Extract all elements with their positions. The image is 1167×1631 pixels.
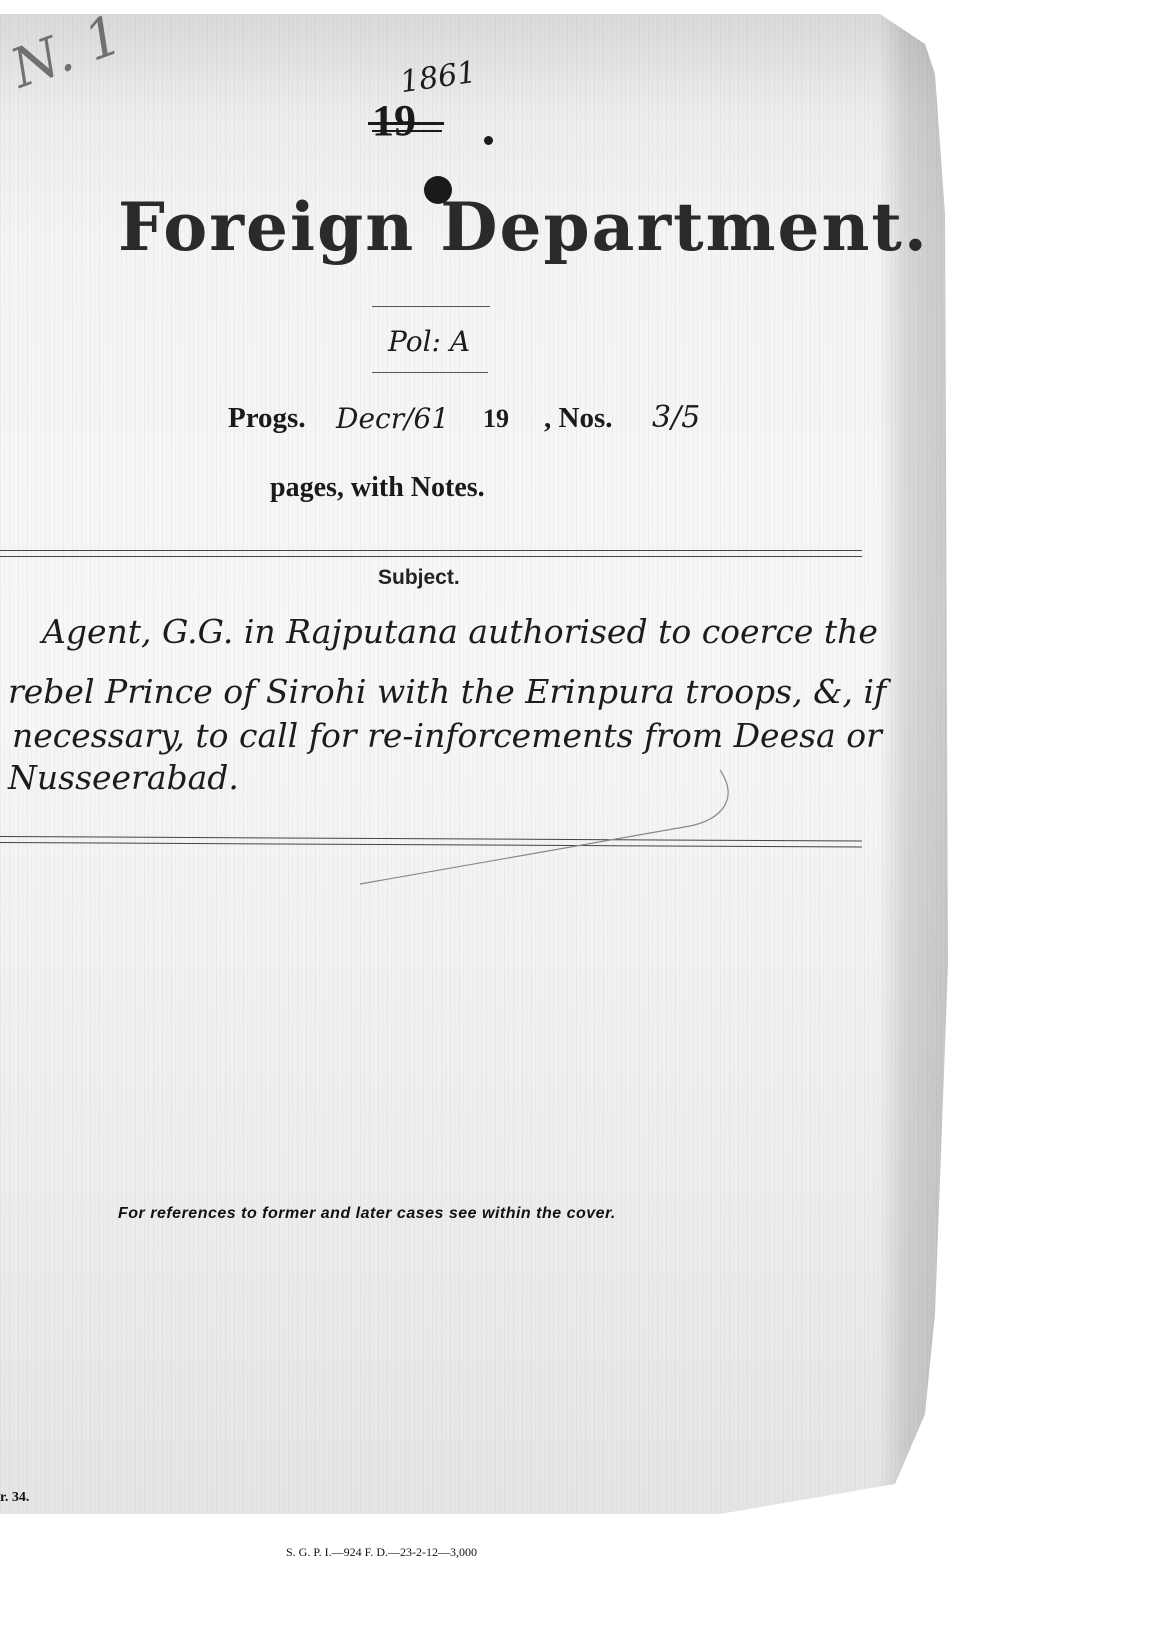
- pencil-stroke: [0, 0, 900, 900]
- printer-line: S. G. P. I.—924 F. D.—23-2-12—3,000: [286, 1545, 477, 1560]
- form-number: r. 34.: [0, 1490, 29, 1506]
- reference-note: For references to former and later cases…: [118, 1205, 616, 1223]
